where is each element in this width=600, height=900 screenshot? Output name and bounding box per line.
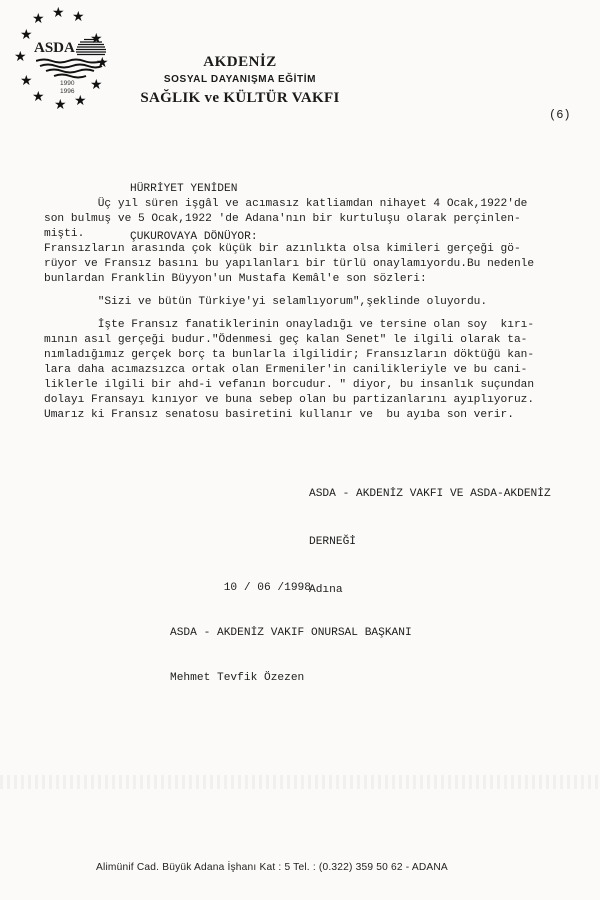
footer-address: Alimünif Cad. Büyük Adana İşhanı Kat : 5…: [96, 862, 448, 873]
body-line: Fransızların arasında çok küçük bir azın…: [44, 242, 534, 257]
signature-line: ASDA - AKDENİZ VAKFI VE ASDA-AKDENİZ: [309, 486, 551, 502]
star-icon: ★: [20, 74, 33, 88]
body-line: nımladığımız gerçek borç ta bunlarla ilg…: [44, 348, 534, 363]
star-icon: ★: [96, 56, 109, 70]
year-end: 1996: [60, 88, 74, 96]
page-number: (6): [549, 108, 571, 122]
body-line: rüyor ve Fransız basını bu yapılanları b…: [44, 257, 534, 272]
logo-text: ASDA: [34, 40, 75, 57]
star-icon: ★: [32, 90, 45, 104]
organization-name: AKDENİZ SOSYAL DAYANIŞMA EĞİTİM SAĞLIK v…: [120, 52, 360, 108]
asda-logo: ASDA 1990 1996 ★★★★★★★★★★★★: [14, 2, 114, 108]
paragraph: "Sizi ve bütün Türkiye'yi selamlıyorum",…: [44, 295, 534, 310]
star-icon: ★: [54, 98, 67, 112]
body-line: liklerle ilgili bir ahd-i vefanın borcud…: [44, 378, 534, 393]
star-icon: ★: [74, 94, 87, 108]
star-icon: ★: [90, 32, 103, 46]
body-line: mişti.: [44, 227, 534, 242]
logo-years: 1990 1996: [60, 80, 74, 96]
paragraph-gap: [44, 310, 534, 318]
star-icon: ★: [32, 12, 45, 26]
year-start: 1990: [60, 80, 74, 88]
paragraph: Üç yıl süren işgâl ve acımasız katliamda…: [44, 197, 534, 242]
star-icon: ★: [14, 50, 27, 64]
signatory-title: ASDA - AKDENİZ VAKIF ONURSAL BAŞKANI: [170, 626, 412, 641]
body-line: Umarız ki Fransız senatosu basiretini ku…: [44, 408, 534, 423]
date-block: 10 / 06 /1998 ASDA - AKDENİZ VAKIF ONURS…: [170, 551, 412, 701]
title-line: HÜRRİYET YENİDEN: [130, 181, 258, 197]
body-line: son bulmuş ve 5 Ocak,1922 'de Adana'nın …: [44, 212, 534, 227]
star-icon: ★: [72, 10, 85, 24]
scan-artifact: [0, 775, 600, 789]
date-line: 10 / 06 /1998: [170, 581, 412, 596]
star-icon: ★: [52, 6, 65, 20]
paragraph: İşte Fransız fanatiklerinin onayladığı v…: [44, 318, 534, 423]
body-line: dolayı Fransayı kınıyor ve buna sebep ol…: [44, 393, 534, 408]
star-icon: ★: [90, 78, 103, 92]
star-icon: ★: [20, 28, 33, 42]
body-line: Üç yıl süren işgâl ve acımasız katliamda…: [44, 197, 534, 212]
paragraph-gap: [44, 287, 534, 295]
org-line-3: SAĞLIK ve KÜLTÜR VAKFI: [120, 88, 360, 108]
signature-line: DERNEĞİ: [309, 534, 551, 550]
letter-body: Üç yıl süren işgâl ve acımasız katliamda…: [44, 197, 534, 423]
org-line-2: SOSYAL DAYANIŞMA EĞİTİM: [120, 72, 360, 88]
body-line: lara daha acımazsızca ortak olan Ermenil…: [44, 363, 534, 378]
signatory-name: Mehmet Tevfik Özezen: [170, 671, 412, 686]
body-line: mının asıl gerçeği budur."Ödenmesi geç k…: [44, 333, 534, 348]
body-line: "Sizi ve bütün Türkiye'yi selamlıyorum",…: [44, 295, 534, 310]
paragraph: Fransızların arasında çok küçük bir azın…: [44, 242, 534, 287]
body-line: İşte Fransız fanatiklerinin onayladığı v…: [44, 318, 534, 333]
org-line-1: AKDENİZ: [120, 52, 360, 72]
body-line: bunlardan Franklin Büyyon'un Mustafa Kem…: [44, 272, 534, 287]
